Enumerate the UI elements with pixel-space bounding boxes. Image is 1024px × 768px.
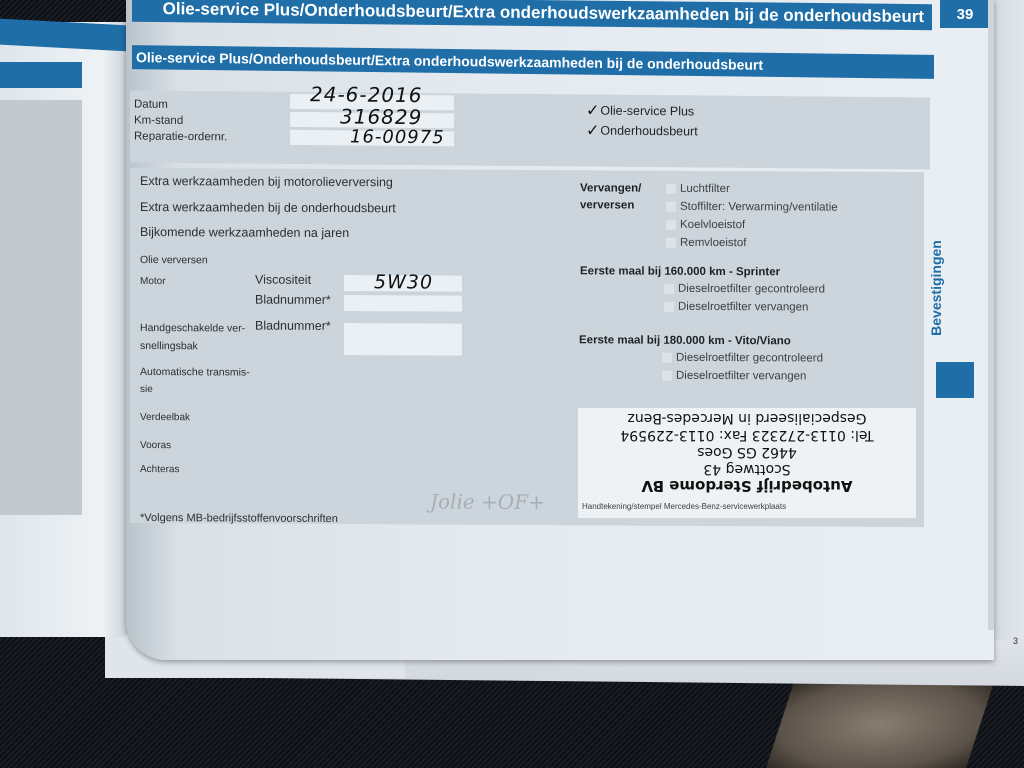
option-luchtfilter[interactable]: Luchtfilter (666, 183, 730, 195)
checkbox[interactable] (664, 284, 674, 294)
option-label: Dieselroetfilter gecontroleerd (676, 352, 823, 365)
replace-title-2: verversen (580, 199, 634, 211)
option-label: Koelvloeistof (680, 219, 745, 231)
sprinter-title: Eerste maal bij 160.000 km - Sprinter (580, 265, 780, 278)
manual-gearbox-label-2: snellingsbak (140, 340, 198, 352)
checkbox-onderhoudsbeurt[interactable]: ✓ Onderhoudsbeurt (586, 120, 698, 141)
checkbox-olie-service-plus[interactable]: ✓ Olie-service Plus (586, 100, 694, 121)
km-value: 316829 (340, 104, 422, 129)
checkbox-label: Olie-service Plus (600, 104, 694, 119)
rear-axle-label: Achteras (140, 464, 179, 475)
corner-page-number: 3 (1013, 636, 1018, 646)
date-value: 24-6-2016 (310, 82, 423, 107)
checkbox[interactable] (662, 353, 672, 363)
side-tab-bevestigingen[interactable]: Bevestigingen (934, 225, 964, 355)
header-fields-panel: Datum Km-stand Reparatie-ordernr. 24-6-2… (130, 91, 930, 170)
gearbox-sheet-field[interactable] (344, 323, 462, 356)
checkbox[interactable] (666, 184, 676, 194)
footnote: *Volgens MB-bedrijfsstoffenvoorschriften (140, 512, 338, 525)
checkbox[interactable] (662, 371, 672, 381)
date-label: Datum (134, 99, 168, 111)
option-label: Stoffilter: Verwarming/ventilatie (680, 201, 838, 214)
stamp-tagline: Gespecialiseerd in Mercedes-Benz (578, 409, 916, 426)
auto-transmission-label-2: sie (140, 384, 153, 395)
viscosity-value: 5W30 (374, 271, 433, 293)
side-tab-marker (936, 362, 974, 398)
left-page-header-bar (0, 19, 128, 52)
vito-title: Eerste maal bij 180.000 km - Vito/Viano (579, 334, 791, 347)
option-sprinter-dpf-replaced[interactable]: Dieselroetfilter vervangen (664, 301, 808, 314)
motor-label: Motor (140, 276, 166, 287)
motor-sheet-label: Bladnummer* (255, 293, 331, 307)
replace-title-1: Vervangen/ (580, 182, 641, 194)
km-label: Km-stand (134, 115, 183, 127)
option-label: Dieselroetfilter vervangen (676, 370, 806, 383)
handwritten-note: Jolie +OF+ (430, 489, 545, 514)
viscosity-label: Viscositeit (255, 273, 311, 287)
option-label: Remvloeistof (680, 237, 746, 249)
page-number: 39 (938, 0, 990, 28)
extra-work-years[interactable]: Bijkomende werkzaamheden na jaren (140, 225, 349, 240)
stamp-caption: Handtekening/stempel Mercedes-Benz-servi… (582, 502, 786, 511)
left-page-panel (0, 100, 82, 515)
option-remvloeistof[interactable]: Remvloeistof (666, 237, 746, 249)
stamp-phone: Tel: 0113-272323 Fax: 0113-229594 (578, 426, 916, 443)
option-label: Dieselroetfilter vervangen (678, 301, 808, 314)
order-number-label: Reparatie-ordernr. (134, 131, 227, 144)
checkbox[interactable] (664, 302, 674, 312)
dealer-stamp: Autobedrijf Sterdome BV Scottweg 43 4462… (578, 408, 916, 498)
floor-patch (765, 680, 994, 768)
check-mark-icon: ✓ (586, 120, 599, 140)
extra-work-service[interactable]: Extra werkzaamheden bij de onderhoudsbeu… (140, 200, 396, 215)
front-axle-label: Vooras (140, 440, 171, 451)
section-title: Olie-service Plus/Onderhoudsbeurt/Extra … (132, 45, 934, 79)
left-page-section-bar (0, 62, 82, 88)
oil-change-title: Olie verversen (140, 254, 208, 266)
checkbox-label: Onderhoudsbeurt (600, 124, 697, 139)
check-mark-icon: ✓ (586, 100, 599, 120)
option-vito-dpf-replaced[interactable]: Dieselroetfilter vervangen (662, 370, 806, 383)
stamp-city: 4462 GS Goes (578, 443, 916, 460)
page-header-title: Olie-service Plus/Onderhoudsbeurt/Extra … (132, 0, 932, 30)
option-stoffilter[interactable]: Stoffilter: Verwarming/ventilatie (666, 201, 838, 214)
left-page (0, 22, 128, 637)
motor-sheet-field[interactable] (344, 295, 462, 312)
option-koelvloeistof[interactable]: Koelvloeistof (666, 219, 745, 231)
transfer-case-label: Verdeelbak (140, 412, 190, 423)
manual-gearbox-label-1: Handgeschakelde ver- (140, 322, 245, 335)
auto-transmission-label-1: Automatische transmis- (140, 366, 250, 379)
service-record-page: Olie-service Plus/Onderhoudsbeurt/Extra … (126, 0, 994, 660)
side-tab-label: Bevestigingen (928, 240, 944, 336)
stamp-street: Scottweg 43 (578, 460, 916, 477)
gearbox-sheet-label: Bladnummer* (255, 319, 331, 333)
option-label: Dieselroetfilter gecontroleerd (678, 283, 825, 296)
option-sprinter-dpf-checked[interactable]: Dieselroetfilter gecontroleerd (664, 283, 825, 296)
page-edge (988, 0, 994, 630)
extra-work-motoroil[interactable]: Extra werkzaamheden bij motorolieververs… (140, 174, 393, 189)
checkbox[interactable] (666, 202, 676, 212)
option-vito-dpf-checked[interactable]: Dieselroetfilter gecontroleerd (662, 352, 823, 365)
stamp-company: Autobedrijf Sterdome BV (578, 477, 916, 494)
option-label: Luchtfilter (680, 183, 730, 195)
order-number-value: 16-00975 (350, 126, 445, 148)
checkbox[interactable] (666, 238, 676, 248)
signature-stamp-box: Autobedrijf Sterdome BV Scottweg 43 4462… (578, 408, 916, 518)
checkbox[interactable] (666, 220, 676, 230)
